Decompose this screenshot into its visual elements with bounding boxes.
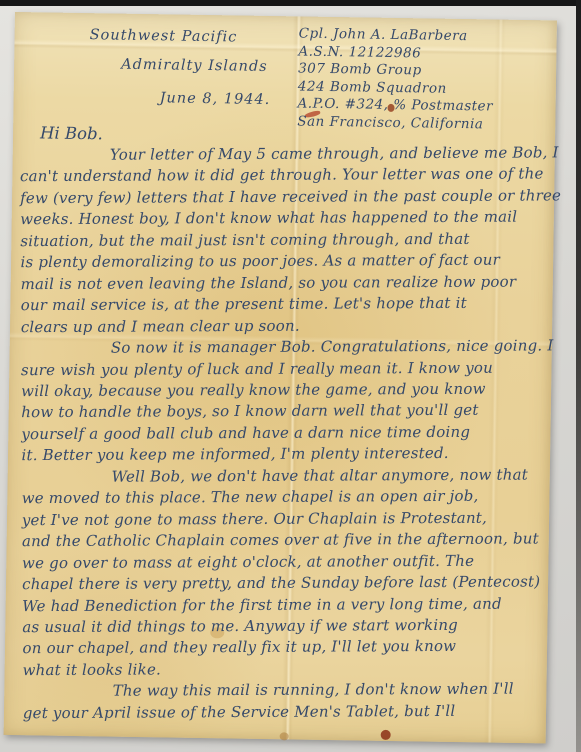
letter-line: is plenty demoralizing to us poor joes. … bbox=[20, 250, 540, 274]
letter-line: as usual it did things to me. Anyway if … bbox=[22, 614, 542, 638]
scan-edge-top bbox=[0, 0, 581, 6]
heading-region-line2: Admiralty Islands bbox=[121, 57, 268, 75]
letter-line: what it looks like. bbox=[23, 657, 543, 681]
letter-line: it. Better you keep me informed, I'm ple… bbox=[21, 443, 541, 467]
sender-address-line: San Francisco, California bbox=[297, 113, 493, 134]
letter-line: can't understand how it did get through.… bbox=[20, 164, 540, 188]
letter-line: our mail service is, at the present time… bbox=[21, 293, 541, 317]
letter-line: will okay, because you really know the g… bbox=[21, 378, 541, 402]
letter-line: mail is not even leaving the Island, so … bbox=[21, 271, 541, 295]
letter-line: few (very few) letters that I have recei… bbox=[20, 185, 540, 209]
faint-stain bbox=[280, 732, 289, 740]
letter-paper: Southwest Pacific Admiralty Islands June… bbox=[4, 12, 557, 743]
letter-line: yourself a good ball club and have a dar… bbox=[21, 421, 541, 445]
letter-line: So now it is manager Bob. Congratulation… bbox=[21, 336, 541, 360]
letter-line: how to handle the boys, so I know darn w… bbox=[21, 400, 541, 424]
letter-line: weeks. Honest boy, I don't know what has… bbox=[20, 207, 540, 231]
letter-line: situation, but the mail just isn't comin… bbox=[20, 228, 540, 252]
letter-line: The way this mail is running, I don't kn… bbox=[23, 679, 543, 703]
letter-line: sure wish you plenty of luck and I reall… bbox=[21, 357, 541, 381]
letter-line: and the Catholic Chaplain comes over at … bbox=[22, 529, 542, 553]
letter-line: get your April issue of the Service Men'… bbox=[23, 700, 543, 724]
letter-line: clears up and I mean clear up soon. bbox=[21, 314, 541, 338]
letter-line: on our chapel, and they really fix it up… bbox=[22, 636, 542, 660]
letter-line: we moved to this place. The new chapel i… bbox=[22, 486, 542, 510]
ink-stain bbox=[381, 730, 391, 740]
salutation: Hi Bob. bbox=[40, 123, 103, 143]
letter-body: Your letter of May 5 came through, and b… bbox=[20, 142, 543, 724]
heading-date: June 8, 1944. bbox=[160, 90, 271, 108]
sender-address-block: Cpl. John A. LaBarberaA.S.N. 12122986307… bbox=[297, 25, 494, 134]
letter-line: we go over to mass at eight o'clock, at … bbox=[22, 550, 542, 574]
letter-line: chapel there is very pretty, and the Sun… bbox=[22, 571, 542, 595]
heading-region-line1: Southwest Pacific bbox=[90, 27, 238, 45]
letter-line: Your letter of May 5 came through, and b… bbox=[20, 142, 540, 166]
letter-line: We had Benediction for the first time in… bbox=[22, 593, 542, 617]
letter-line: yet I've not gone to mass there. Our Cha… bbox=[22, 507, 542, 531]
scan-edge-right bbox=[576, 0, 581, 752]
letter-line: Well Bob, we don't have that altar anymo… bbox=[22, 464, 542, 488]
